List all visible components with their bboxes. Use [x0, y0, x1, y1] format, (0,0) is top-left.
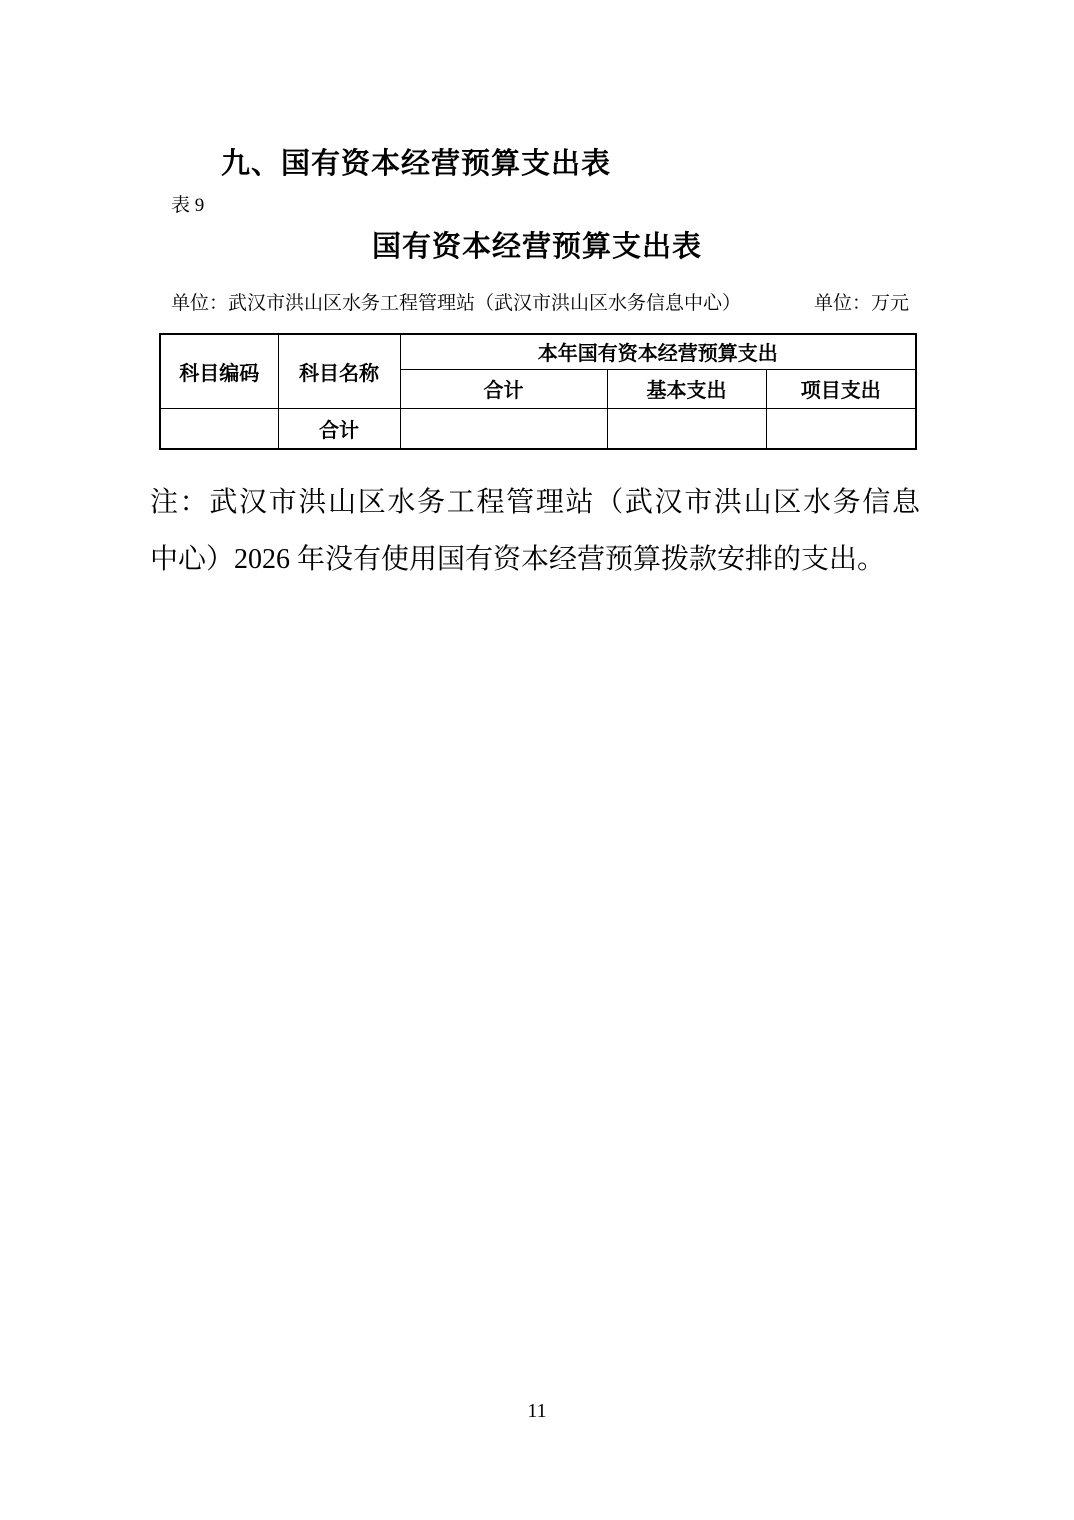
cell-subject-code	[160, 408, 278, 449]
table-title: 国有资本经营预算支出表	[159, 230, 915, 264]
header-basic-expenditure: 基本支出	[607, 369, 766, 408]
budget-expenditure-table: 科目编码 科目名称 本年国有资本经营预算支出 合计 基本支出 项目支出 合计	[159, 333, 917, 450]
header-current-year-group: 本年国有资本经营预算支出	[400, 334, 916, 369]
footnote: 注：武汉市洪山区水务工程管理站（武汉市洪山区水务信息 中心）2026 年没有使用…	[150, 474, 920, 588]
header-total: 合计	[400, 369, 607, 408]
page-content: 九、国有资本经营预算支出表 表 9 国有资本经营预算支出表 单位：武汉市洪山区水…	[159, 146, 915, 588]
unit-line: 单位：武汉市洪山区水务工程管理站（武汉市洪山区水务信息中心） 单位：万元	[159, 292, 915, 316]
cell-project-expenditure	[766, 408, 916, 449]
header-subject-name: 科目名称	[278, 334, 400, 408]
cell-subject-name: 合计	[278, 408, 400, 449]
table-row-total: 合计	[160, 408, 916, 449]
unit-currency: 单位：万元	[814, 292, 909, 316]
cell-total	[400, 408, 607, 449]
header-project-expenditure: 项目支出	[766, 369, 916, 408]
unit-organization: 单位：武汉市洪山区水务工程管理站（武汉市洪山区水务信息中心）	[171, 292, 741, 316]
document-page: 九、国有资本经营预算支出表 表 9 国有资本经营预算支出表 单位：武汉市洪山区水…	[0, 0, 1074, 1520]
cell-basic-expenditure	[607, 408, 766, 449]
footnote-line-2: 中心）2026 年没有使用国有资本经营预算拨款安排的支出。	[150, 531, 920, 588]
table-number-label: 表 9	[171, 194, 915, 218]
header-subject-code: 科目编码	[160, 334, 278, 408]
table-header-row-1: 科目编码 科目名称 本年国有资本经营预算支出	[160, 334, 916, 369]
footnote-line-1: 注：武汉市洪山区水务工程管理站（武汉市洪山区水务信息	[150, 474, 920, 531]
section-heading: 九、国有资本经营预算支出表	[221, 146, 915, 182]
page-number: 11	[0, 1398, 1074, 1424]
